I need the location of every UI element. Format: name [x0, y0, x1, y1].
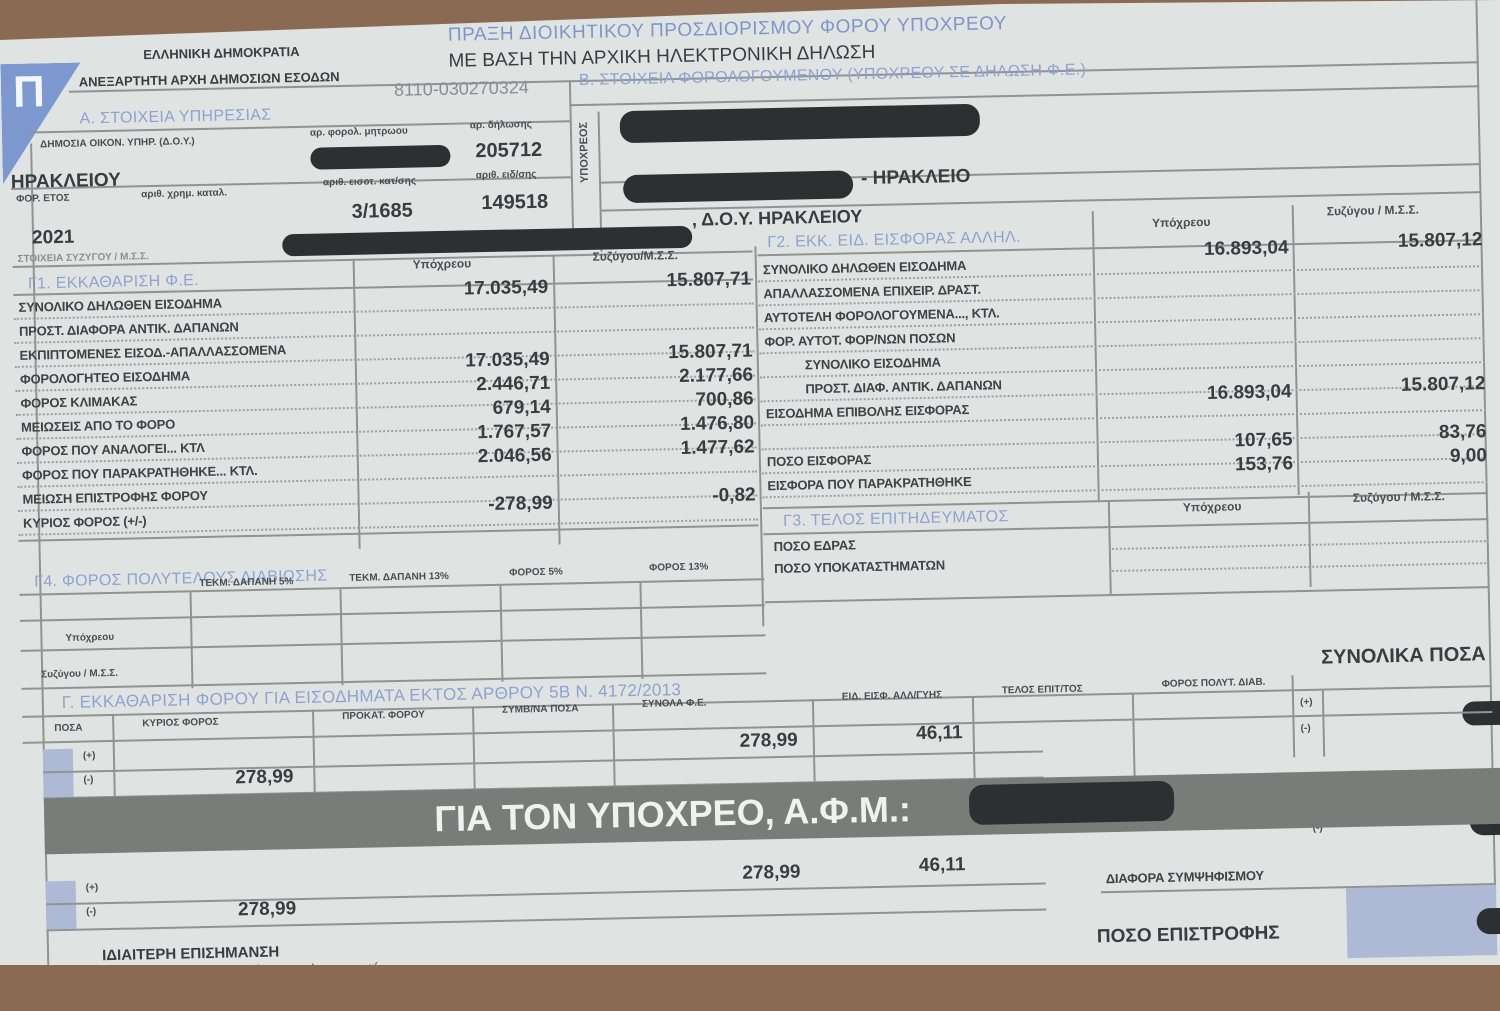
- redacted-refund-amount: [1476, 907, 1500, 934]
- notice-label: αριθ. ειδ/σης: [476, 169, 537, 181]
- g1-row-label: ΦΟΡΟΣ ΠΟΥ ΠΑΡΑΚΡΑΤΗΘΗΚΕ... ΚΤΛ.: [22, 463, 258, 483]
- document-sheet: Π ΕΛΛΗΝΙΚΗ ΔΗΜΟΚΡΑΤΙΑ ΑΝΕΞΑΡΤΗΤΗ ΑΡΧΗ ΔΗ…: [8, 13, 1500, 965]
- g3-col-spouse: Συζύγου / Μ.Σ.Σ.: [1353, 489, 1445, 505]
- g1-row-spouse-value: 700,86: [555, 388, 753, 414]
- g4-col-header: ΤΕΚΜ. ΔΑΠΑΝΗ 13%: [349, 571, 449, 584]
- g4-row-spouse: Συζύγου / Μ.Σ.Σ.: [41, 668, 118, 681]
- divider: [1132, 693, 1136, 783]
- g1-row-label: ΜΕΙΩΣΗ ΕΠΙΣΤΡΟΦΗΣ ΦΟΡΟΥ: [22, 488, 208, 507]
- g1-row-label: ΜΕΙΩΣΕΙΣ ΑΠΟ ΤΟ ΦΟΡΟ: [21, 417, 175, 435]
- city-label: - ΗΡΑΚΛΕΙΟ: [861, 166, 971, 190]
- g3-row-label: ΠΟΣΟ ΕΔΡΑΣ: [774, 537, 856, 554]
- g1-row-label: ΦΟΡΟΣ ΠΟΥ ΑΝΑΛΟΓΕΙ... ΚΤΛ: [21, 440, 204, 459]
- g1-row-obligor-value: 679,14: [356, 397, 551, 423]
- offset-difference-label: ΔΙΑΦΟΡΑ ΣΥΜΨΗΦΙΣΜΟΥ: [1106, 868, 1265, 886]
- declaration-label: αρ. δήλωσης: [470, 119, 532, 131]
- g2-row-label: ΠΟΣΟ ΕΙΣΦΟΡΑΣ: [767, 452, 871, 469]
- g2-col-obligor: Υπόχρεου: [1152, 215, 1211, 230]
- g2-row-spouse-value: 15.807,12: [1295, 373, 1485, 399]
- g2-row-obligor-value: [1093, 285, 1289, 289]
- registry-label: αρ. φορολ. μητρωου: [310, 126, 408, 139]
- divider: [472, 706, 476, 796]
- g2-col-spouse: Συζύγου / Μ.Σ.Σ.: [1327, 202, 1419, 218]
- divider: [1308, 492, 1312, 587]
- g3-col-obligor: Υπόχρεου: [1183, 499, 1242, 514]
- g3-row-label: ΠΟΣΟ ΥΠΟΚΑΤΑΣΤΗΜΑΤΩΝ: [774, 557, 945, 576]
- g-col-header: ΣΥΝΟΛΑ Φ.Ε.: [642, 698, 707, 710]
- obligor-band-text: ΓΙΑ ΤΟΝ ΥΠΟΧΡΕΟ, Α.Φ.Μ.:: [434, 788, 911, 840]
- plus-sign: (+): [86, 882, 99, 893]
- g1-col-spouse: Συζύγου/Μ.Σ.Σ.: [592, 248, 678, 264]
- g2-row-label: ΕΙΣΦΟΡΑ ΠΟΥ ΠΑΡΑΚΡΑΤΗΘΗΚΕ: [767, 474, 971, 493]
- g2-row-spouse-value: [1294, 325, 1484, 329]
- g1-row-obligor-value: 2.046,56: [357, 445, 552, 471]
- minus-sign: (-): [86, 906, 96, 917]
- redacted-address: [623, 170, 854, 203]
- g2-row-label: ΦΟΡ. ΑΥΤΟΤ. ΦΟΡ/ΝΩΝ ΠΟΣΩΝ: [764, 330, 955, 349]
- g3-title: Γ3. ΤΕΛΟΣ ΕΠΙΤΗΔΕΥΜΑΤΟΣ: [783, 508, 1009, 531]
- divider: [339, 589, 343, 685]
- tax-assessment-document: Π ΕΛΛΗΝΙΚΗ ΔΗΜΟΚΡΑΤΙΑ ΑΝΕΞΑΡΤΗΤΗ ΑΡΧΗ ΔΗ…: [0, 0, 1500, 965]
- g1-row-spouse-value: 15.807,71: [554, 340, 752, 366]
- divider: [1322, 691, 1325, 757]
- g1-row-spouse-value: [554, 316, 752, 320]
- g2-row-spouse-value: [1294, 301, 1484, 305]
- g1-row-spouse-value: 1.477,62: [556, 436, 754, 462]
- g2-row-obligor-value: [1095, 357, 1291, 361]
- g2-row-label: ΑΠΑΛΛΑΣΣΟΜΕΝΑ ΕΠΙΧΕΙΡ. ΔΡΑΣΤ.: [763, 282, 981, 302]
- g1-row-spouse-value: 1.476,80: [556, 412, 754, 438]
- g1-row-obligor-value: [354, 325, 549, 329]
- doy-suffix: , Δ.Ο.Υ. ΗΡΑΚΛΕΙΟΥ: [692, 206, 863, 231]
- divider: [639, 583, 643, 679]
- divider: [569, 85, 1479, 106]
- g1-row-label: ΕΚΠΙΠΤΟΜΕΝΕΣ ΕΙΣΟΔ.-ΑΠΑΛΛΑΣΣΟΜΕΝΑ: [19, 342, 286, 363]
- g-col-header: ΣΥΜΒ/ΝΑ ΠΟΣΑ: [502, 703, 579, 716]
- divider: [499, 586, 503, 682]
- aade-logo-letter: Π: [13, 67, 46, 118]
- notice-number: 149518: [481, 191, 548, 215]
- g2-row-obligor-value: 16.893,04: [1092, 237, 1288, 263]
- minus-sign: (-): [83, 774, 93, 785]
- g1-row-obligor-value: 1.767,57: [356, 421, 551, 447]
- redacted-taxpayer-name: [620, 104, 981, 144]
- g1-row-label: ΚΥΡΙΟΣ ΦΟΡΟΣ (+/-): [23, 513, 147, 531]
- divider: [312, 710, 316, 800]
- republic-label: ΕΛΛΗΝΙΚΗ ΔΗΜΟΚΡΑΤΙΑ: [143, 44, 300, 62]
- barcode-number: 8110-030270324: [394, 77, 529, 101]
- minus-kyrios-value: 278,99: [113, 766, 293, 792]
- plus-eisfora-value: 46,11: [815, 854, 965, 879]
- g2-row-obligor-value: [1094, 333, 1290, 337]
- redacted-tax-registry: [310, 145, 450, 170]
- chronological-label: αριθ. χρημ. καταλ.: [141, 187, 227, 200]
- divider: [765, 586, 1490, 603]
- g2-row-spouse-value: [1293, 277, 1483, 281]
- g2-row-label: ΣΥΝΟΛΙΚΟ ΔΗΛΩΘΕΝ ΕΙΣΟΔΗΜΑ: [763, 258, 967, 277]
- g2-row-obligor-value: 107,65: [1096, 429, 1292, 455]
- assessment-label: αριθ. εισοτ. κατ/σης: [323, 175, 416, 188]
- plus-synola-value: 278,99: [615, 862, 800, 888]
- g1-col-obligor: Υπόχρεου: [413, 256, 472, 271]
- divider: [20, 604, 765, 622]
- document-title: ΠΡΑΞΗ ΔΙΟΙΚΗΤΙΚΟΥ ΠΡΟΣΔΙΟΡΙΣΜΟΥ ΦΟΡΟΥ ΥΠ…: [448, 13, 1008, 47]
- g-col-header: ΠΟΣΑ: [54, 723, 82, 735]
- g-col-header: ΕΙΔ. ΕΙΣΦ. ΑΛΛ/ΓΥΗΣ: [842, 690, 942, 703]
- g2-row-obligor-value: 153,76: [1097, 453, 1293, 479]
- tax-year-label: ΦΟΡ. ΕΤΟΣ: [16, 193, 70, 205]
- g1-row-obligor-value: 17.035,49: [355, 349, 550, 375]
- g1-row-spouse-value: 15.807,71: [553, 268, 751, 294]
- g-totals-header: ΣΥΝΟΛΙΚΑ ΠΟΣΑ: [1321, 643, 1486, 669]
- g1-row-obligor-value: 17.035,49: [353, 277, 548, 303]
- totals-minus-sign: (-): [1301, 723, 1311, 734]
- g-col-header: ΤΕΛΟΣ ΕΠΙΤ/ΤΟΣ: [1002, 684, 1083, 697]
- g1-row-spouse-value: 2.177,66: [555, 364, 753, 390]
- g2-row-obligor-value: 16.893,04: [1095, 381, 1291, 407]
- divider: [190, 592, 194, 688]
- g2-row-label: ΕΙΣΟΔΗΜΑ ΕΠΙΒΟΛΗΣ ΕΙΣΦΟΡΑΣ: [766, 402, 970, 421]
- g1-row-label: ΠΡΟΣΤ. ΔΙΑΦΟΡΑ ΑΝΤΙΚ. ΔΑΠΑΝΩΝ: [19, 319, 239, 339]
- tax-year-value: 2021: [32, 227, 75, 250]
- divider: [972, 696, 976, 786]
- declaration-number: 205712: [475, 139, 542, 163]
- refund-amount-box: [1346, 885, 1497, 958]
- doy-label: ΔΗΜΟΣΙΑ ΟΙΚΟΝ. ΥΠΗΡ. (Δ.Ο.Υ.): [40, 136, 195, 150]
- g2-row-spouse-value: 83,76: [1296, 421, 1486, 447]
- g1-row-spouse-value: -0,82: [557, 484, 755, 510]
- obligor-side-label: ΥΠΟΧΡΕΟΣ: [578, 122, 591, 183]
- row-divider: [1109, 540, 1489, 550]
- divider: [21, 634, 766, 652]
- g-col-header: ΦΟΡΟΣ ΠΟΛΥΤ. ΔΙΑΒ.: [1162, 677, 1266, 690]
- plus-synola-value: 278,99: [613, 730, 798, 756]
- g2-row-spouse-value: 9,00: [1297, 445, 1487, 471]
- g2-row-label: ΠΡΟΣΤ. ΔΙΑΦ. ΑΝΤΙΚ. ΔΑΠΑΝΩΝ: [805, 377, 1002, 396]
- section-a-title: Α. ΣΤΟΙΧΕΙΑ ΥΠΗΡΕΣΙΑΣ: [79, 107, 271, 129]
- doy-value: ΗΡΑΚΛΕΙΟΥ: [11, 170, 121, 194]
- g-col-header: ΠΡΟΚΑΤ. ΦΟΡΟΥ: [342, 709, 425, 722]
- g4-col-header: ΦΟΡΟΣ 5%: [509, 566, 563, 578]
- g4-row-obligor: Υπόχρεου: [65, 632, 114, 644]
- totals-plus-sign: (+): [1300, 697, 1313, 708]
- g4-col-header: ΤΕΚΜ. ΔΑΠΑΝΗ 5%: [199, 576, 293, 589]
- g2-row-spouse-value: [1295, 349, 1485, 353]
- g2-row-label: ΣΥΝΟΛΙΚΟ ΕΙΣΟΔΗΜΑ: [805, 355, 941, 373]
- g1-row-label: ΦΟΡΟΛΟΓΗΤΕΟ ΕΙΣΟΔΗΜΑ: [20, 368, 190, 387]
- g-col-header: ΚΥΡΙΟΣ ΦΟΡΟΣ: [142, 717, 219, 730]
- plus-eisfora-value: 46,11: [812, 722, 962, 747]
- minus-kyrios-value: 278,99: [116, 898, 296, 924]
- row-divider: [1109, 562, 1489, 572]
- g2-row-obligor-value: [1094, 309, 1290, 313]
- g1-row-obligor-value: 2.446,71: [355, 373, 550, 399]
- g1-row-label: ΦΟΡΟΣ ΚΛΙΜΑΚΑΣ: [20, 393, 137, 410]
- special-notice-title: ΙΔΙΑΙΤΕΡΗ ΕΠΙΣΗΜΑΝΣΗ: [102, 944, 279, 965]
- g1-row-obligor-value: -278,99: [358, 493, 553, 519]
- g4-col-header: ΦΟΡΟΣ 13%: [649, 561, 708, 573]
- g2-row-spouse-value: 15.807,12: [1292, 229, 1482, 255]
- refund-label: ΠΟΣΟ ΕΠΙΣΤΡΟΦΗΣ: [1097, 923, 1280, 949]
- g2-row-label: ΑΥΤΟΤΕΛΗ ΦΟΡΟΛΟΓΟΥΜΕΝΑ..., ΚΤΛ.: [764, 305, 1000, 325]
- assessment-number: 3/1685: [351, 200, 413, 224]
- g1-row-label: ΣΥΝΟΛΙΚΟ ΔΗΛΩΘΕΝ ΕΙΣΟΔΗΜΑ: [18, 296, 222, 315]
- plus-sign: (+): [83, 750, 96, 761]
- redacted-afm: [969, 781, 1175, 825]
